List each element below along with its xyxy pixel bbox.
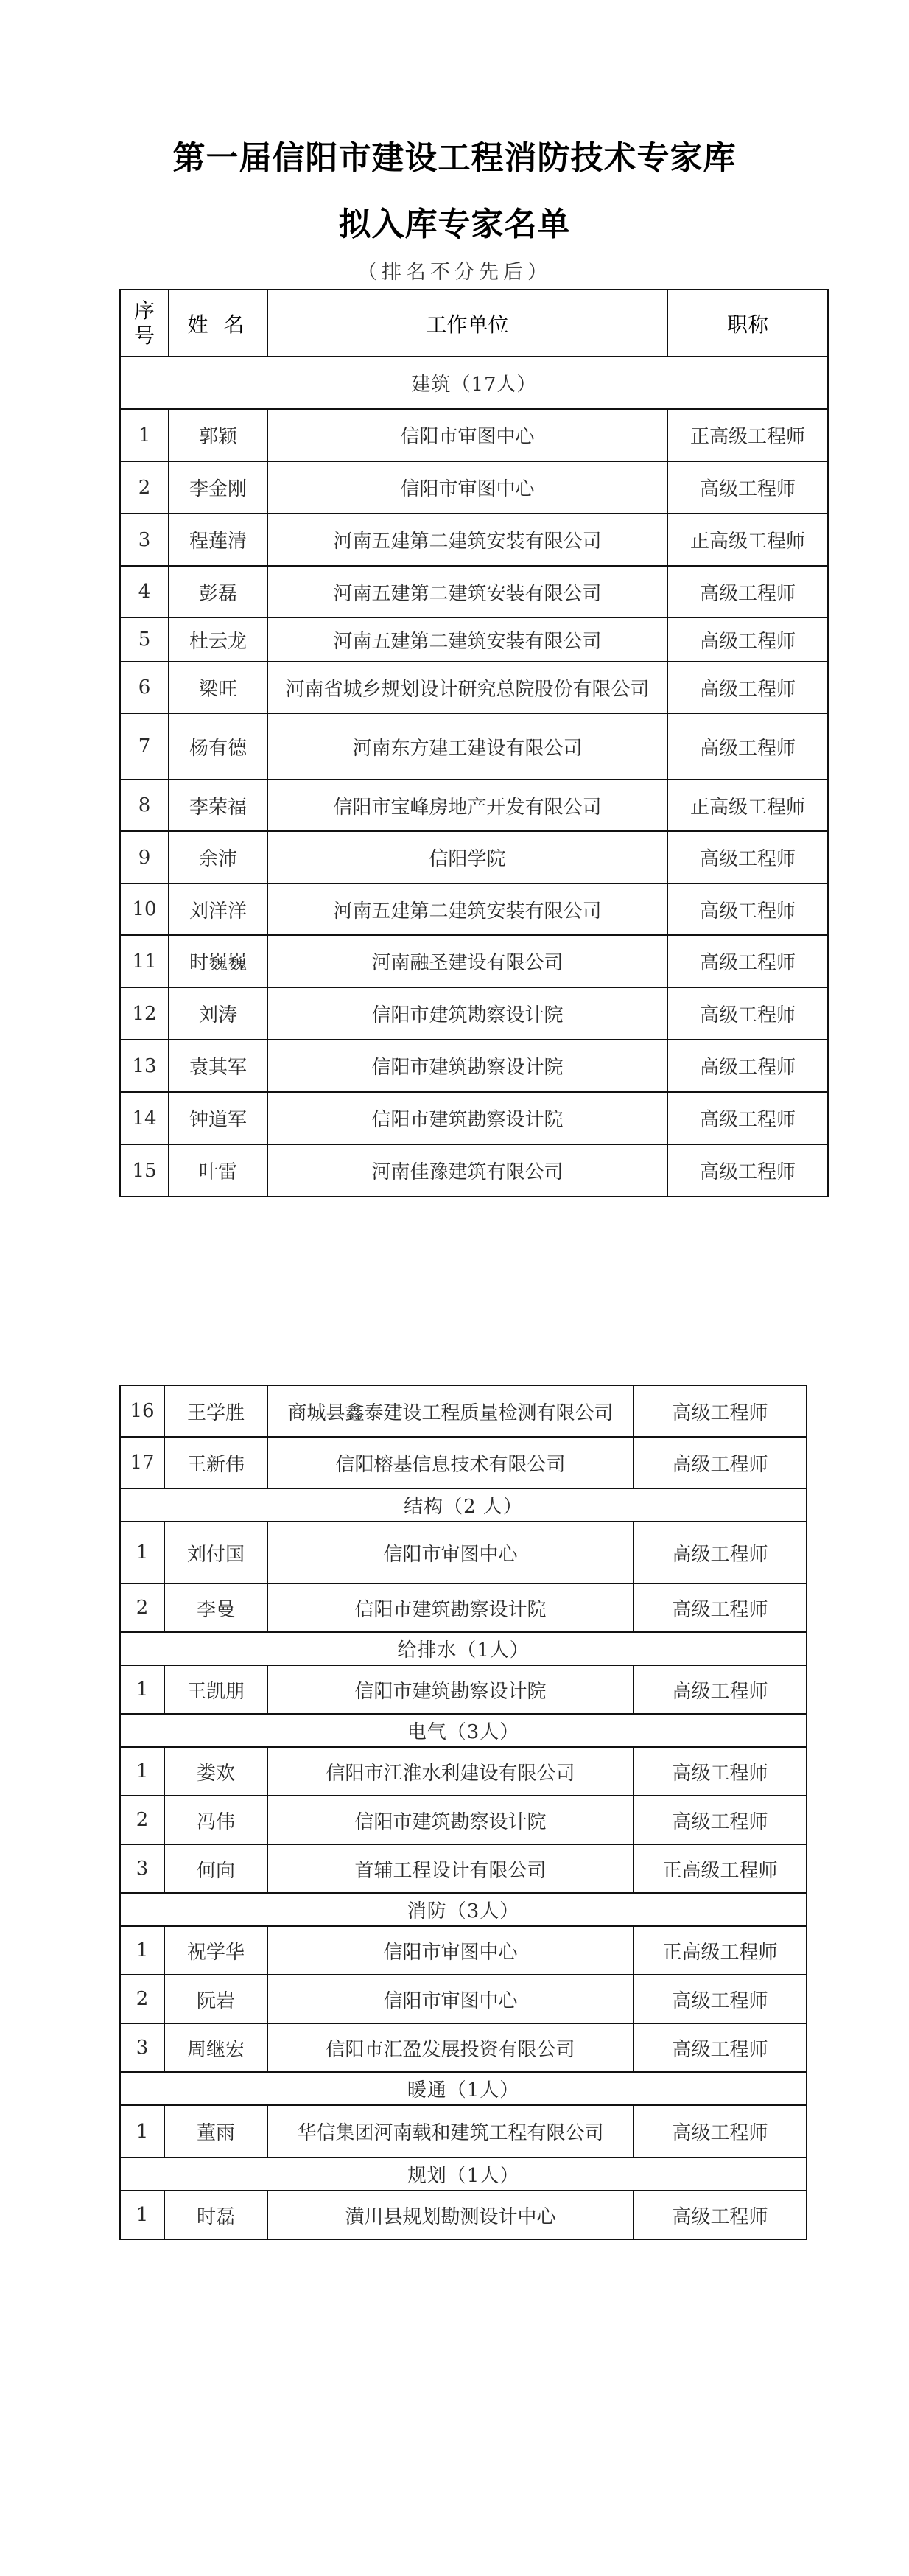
row-unit: 信阳市建筑勘察设计院 bbox=[267, 1092, 667, 1144]
row-title: 高级工程师 bbox=[634, 2191, 807, 2239]
row-title: 高级工程师 bbox=[634, 1747, 807, 1796]
table-row: 16王学胜商城县鑫泰建设工程质量检测有限公司高级工程师 bbox=[120, 1385, 807, 1437]
row-unit: 河南省城乡规划设计研究总院股份有限公司 bbox=[267, 662, 667, 713]
row-seq: 1 bbox=[120, 2105, 164, 2157]
row-title: 高级工程师 bbox=[667, 1144, 828, 1197]
row-unit: 信阳市审图中心 bbox=[267, 1926, 634, 1975]
category-label: 建筑（17人） bbox=[120, 357, 828, 409]
row-name: 王凯朋 bbox=[164, 1665, 267, 1714]
row-unit: 首辅工程设计有限公司 bbox=[267, 1844, 634, 1893]
row-seq: 14 bbox=[120, 1092, 169, 1144]
row-seq: 3 bbox=[120, 1844, 164, 1893]
row-unit: 河南五建第二建筑安装有限公司 bbox=[267, 514, 667, 566]
row-name: 王学胜 bbox=[164, 1385, 267, 1437]
row-unit: 信阳市建筑勘察设计院 bbox=[267, 1796, 634, 1844]
row-unit: 信阳市审图中心 bbox=[267, 461, 667, 514]
row-unit: 潢川县规划勘测设计中心 bbox=[267, 2191, 634, 2239]
table-row: 6梁旺河南省城乡规划设计研究总院股份有限公司高级工程师 bbox=[120, 662, 828, 713]
row-unit: 信阳市建筑勘察设计院 bbox=[267, 1583, 634, 1632]
row-name: 周继宏 bbox=[164, 2023, 267, 2072]
row-seq: 5 bbox=[120, 617, 169, 662]
table-row: 7杨有德河南东方建工建设有限公司高级工程师 bbox=[120, 713, 828, 780]
row-seq: 1 bbox=[120, 1522, 164, 1583]
table-row: 2李金刚信阳市审图中心高级工程师 bbox=[120, 461, 828, 514]
row-unit: 信阳市建筑勘察设计院 bbox=[267, 1665, 634, 1714]
row-title: 高级工程师 bbox=[667, 617, 828, 662]
row-name: 李金刚 bbox=[169, 461, 267, 514]
table-row: 11时巍巍河南融圣建设有限公司高级工程师 bbox=[120, 935, 828, 987]
category-label: 电气（3人） bbox=[120, 1714, 807, 1747]
row-name: 杨有德 bbox=[169, 713, 267, 780]
row-name: 董雨 bbox=[164, 2105, 267, 2157]
row-name: 李荣福 bbox=[169, 780, 267, 831]
row-seq: 10 bbox=[120, 883, 169, 935]
table-row: 1祝学华信阳市审图中心正高级工程师 bbox=[120, 1926, 807, 1975]
row-unit: 信阳市汇盈发展投资有限公司 bbox=[267, 2023, 634, 2072]
category-row-hvac: 暖通（1人） bbox=[120, 2072, 807, 2105]
row-seq: 2 bbox=[120, 1975, 164, 2023]
row-title: 高级工程师 bbox=[667, 987, 828, 1040]
row-unit: 信阳学院 bbox=[267, 831, 667, 883]
row-seq: 11 bbox=[120, 935, 169, 987]
row-seq: 1 bbox=[120, 1926, 164, 1975]
row-name: 时巍巍 bbox=[169, 935, 267, 987]
row-unit: 信阳市审图中心 bbox=[267, 1522, 634, 1583]
table-row: 1董雨华信集团河南载和建筑工程有限公司高级工程师 bbox=[120, 2105, 807, 2157]
table-row: 15叶雷河南佳豫建筑有限公司高级工程师 bbox=[120, 1144, 828, 1197]
row-seq: 1 bbox=[120, 409, 169, 461]
table-row: 9余沛信阳学院高级工程师 bbox=[120, 831, 828, 883]
category-label: 消防（3人） bbox=[120, 1893, 807, 1926]
row-unit: 信阳市审图中心 bbox=[267, 409, 667, 461]
row-title: 高级工程师 bbox=[667, 566, 828, 617]
row-name: 时磊 bbox=[164, 2191, 267, 2239]
row-name: 钟道军 bbox=[169, 1092, 267, 1144]
row-title: 高级工程师 bbox=[667, 713, 828, 780]
row-title: 高级工程师 bbox=[634, 1437, 807, 1488]
row-title: 高级工程师 bbox=[667, 461, 828, 514]
table-row: 3周继宏信阳市汇盈发展投资有限公司高级工程师 bbox=[120, 2023, 807, 2072]
row-unit: 河南五建第二建筑安装有限公司 bbox=[267, 617, 667, 662]
row-seq: 9 bbox=[120, 831, 169, 883]
table-row: 3何向首辅工程设计有限公司正高级工程师 bbox=[120, 1844, 807, 1893]
row-name: 冯伟 bbox=[164, 1796, 267, 1844]
category-label: 结构（2 人） bbox=[120, 1488, 807, 1522]
row-seq: 12 bbox=[120, 987, 169, 1040]
row-title: 高级工程师 bbox=[667, 883, 828, 935]
row-name: 彭磊 bbox=[169, 566, 267, 617]
row-seq: 17 bbox=[120, 1437, 164, 1488]
row-title: 高级工程师 bbox=[667, 1092, 828, 1144]
row-title: 正高级工程师 bbox=[634, 1926, 807, 1975]
row-title: 高级工程师 bbox=[667, 831, 828, 883]
row-unit: 河南佳豫建筑有限公司 bbox=[267, 1144, 667, 1197]
category-row-building: 建筑（17人） bbox=[120, 357, 828, 409]
header-name: 姓 名 bbox=[169, 290, 267, 357]
table-row: 2冯伟信阳市建筑勘察设计院高级工程师 bbox=[120, 1796, 807, 1844]
row-unit: 信阳市宝峰房地产开发有限公司 bbox=[267, 780, 667, 831]
table-row: 17王新伟信阳榕基信息技术有限公司高级工程师 bbox=[120, 1437, 807, 1488]
row-seq: 2 bbox=[120, 1583, 164, 1632]
row-title: 正高级工程师 bbox=[667, 514, 828, 566]
row-seq: 7 bbox=[120, 713, 169, 780]
row-title: 正高级工程师 bbox=[667, 780, 828, 831]
row-unit: 信阳市江淮水利建设有限公司 bbox=[267, 1747, 634, 1796]
document-title: 第一届信阳市建设工程消防技术专家库 bbox=[0, 131, 909, 178]
row-name: 余沛 bbox=[169, 831, 267, 883]
table-row: 10刘洋洋河南五建第二建筑安装有限公司高级工程师 bbox=[120, 883, 828, 935]
row-unit: 商城县鑫泰建设工程质量检测有限公司 bbox=[267, 1385, 634, 1437]
row-name: 刘付国 bbox=[164, 1522, 267, 1583]
row-seq: 16 bbox=[120, 1385, 164, 1437]
row-unit: 河南五建第二建筑安装有限公司 bbox=[267, 883, 667, 935]
row-seq: 6 bbox=[120, 662, 169, 713]
category-label: 给排水（1人） bbox=[120, 1632, 807, 1665]
row-seq: 3 bbox=[120, 2023, 164, 2072]
table-row: 2阮岩信阳市审图中心高级工程师 bbox=[120, 1975, 807, 2023]
row-unit: 华信集团河南载和建筑工程有限公司 bbox=[267, 2105, 634, 2157]
table-row: 1王凯朋信阳市建筑勘察设计院高级工程师 bbox=[120, 1665, 807, 1714]
table-row: 13袁其军信阳市建筑勘察设计院高级工程师 bbox=[120, 1040, 828, 1092]
row-seq: 2 bbox=[120, 461, 169, 514]
row-name: 娄欢 bbox=[164, 1747, 267, 1796]
row-title: 高级工程师 bbox=[667, 935, 828, 987]
row-name: 王新伟 bbox=[164, 1437, 267, 1488]
row-title: 高级工程师 bbox=[634, 1385, 807, 1437]
table-header-row: 序号 姓 名 工作单位 职称 bbox=[120, 290, 828, 357]
row-name: 李曼 bbox=[164, 1583, 267, 1632]
row-title: 高级工程师 bbox=[634, 1522, 807, 1583]
row-unit: 河南五建第二建筑安装有限公司 bbox=[267, 566, 667, 617]
category-label: 暖通（1人） bbox=[120, 2072, 807, 2105]
table-row: 1时磊潢川县规划勘测设计中心高级工程师 bbox=[120, 2191, 807, 2239]
header-seq: 序号 bbox=[120, 290, 169, 357]
table-row: 8李荣福信阳市宝峰房地产开发有限公司正高级工程师 bbox=[120, 780, 828, 831]
table-row: 3程莲清河南五建第二建筑安装有限公司正高级工程师 bbox=[120, 514, 828, 566]
row-name: 梁旺 bbox=[169, 662, 267, 713]
table-row: 1娄欢信阳市江淮水利建设有限公司高级工程师 bbox=[120, 1747, 807, 1796]
category-label: 规划（1人） bbox=[120, 2157, 807, 2191]
row-seq: 4 bbox=[120, 566, 169, 617]
row-title: 正高级工程师 bbox=[634, 1844, 807, 1893]
row-seq: 13 bbox=[120, 1040, 169, 1092]
row-name: 祝学华 bbox=[164, 1926, 267, 1975]
category-row-planning: 规划（1人） bbox=[120, 2157, 807, 2191]
ordering-note: （排名不分先后） bbox=[0, 256, 909, 284]
table-row: 5杜云龙河南五建第二建筑安装有限公司高级工程师 bbox=[120, 617, 828, 662]
row-seq: 1 bbox=[120, 1747, 164, 1796]
row-name: 袁其军 bbox=[169, 1040, 267, 1092]
row-seq: 1 bbox=[120, 1665, 164, 1714]
row-unit: 河南融圣建设有限公司 bbox=[267, 935, 667, 987]
category-row-plumbing: 给排水（1人） bbox=[120, 1632, 807, 1665]
category-row-fire: 消防（3人） bbox=[120, 1893, 807, 1926]
table-row: 14钟道军信阳市建筑勘察设计院高级工程师 bbox=[120, 1092, 828, 1144]
row-seq: 2 bbox=[120, 1796, 164, 1844]
row-title: 正高级工程师 bbox=[667, 409, 828, 461]
row-name: 何向 bbox=[164, 1844, 267, 1893]
expert-table-page1: 序号 姓 名 工作单位 职称 建筑（17人） 1郭颖信阳市审图中心正高级工程师2… bbox=[119, 289, 829, 1197]
row-unit: 信阳市建筑勘察设计院 bbox=[267, 987, 667, 1040]
header-unit: 工作单位 bbox=[267, 290, 667, 357]
row-seq: 1 bbox=[120, 2191, 164, 2239]
table-row: 4彭磊河南五建第二建筑安装有限公司高级工程师 bbox=[120, 566, 828, 617]
row-seq: 15 bbox=[120, 1144, 169, 1197]
row-unit: 信阳榕基信息技术有限公司 bbox=[267, 1437, 634, 1488]
category-row-electrical: 电气（3人） bbox=[120, 1714, 807, 1747]
row-title: 高级工程师 bbox=[634, 1665, 807, 1714]
table-row: 2李曼信阳市建筑勘察设计院高级工程师 bbox=[120, 1583, 807, 1632]
row-unit: 信阳市审图中心 bbox=[267, 1975, 634, 2023]
row-seq: 3 bbox=[120, 514, 169, 566]
row-title: 高级工程师 bbox=[634, 2105, 807, 2157]
row-title: 高级工程师 bbox=[667, 662, 828, 713]
table-row: 1郭颖信阳市审图中心正高级工程师 bbox=[120, 409, 828, 461]
row-name: 刘涛 bbox=[169, 987, 267, 1040]
row-name: 程莲清 bbox=[169, 514, 267, 566]
header-title: 职称 bbox=[667, 290, 828, 357]
row-name: 叶雷 bbox=[169, 1144, 267, 1197]
row-seq: 8 bbox=[120, 780, 169, 831]
row-unit: 河南东方建工建设有限公司 bbox=[267, 713, 667, 780]
expert-table-page2: 16王学胜商城县鑫泰建设工程质量检测有限公司高级工程师17王新伟信阳榕基信息技术… bbox=[119, 1385, 807, 2240]
row-unit: 信阳市建筑勘察设计院 bbox=[267, 1040, 667, 1092]
row-title: 高级工程师 bbox=[667, 1040, 828, 1092]
row-title: 高级工程师 bbox=[634, 1975, 807, 2023]
row-title: 高级工程师 bbox=[634, 1796, 807, 1844]
row-title: 高级工程师 bbox=[634, 1583, 807, 1632]
row-name: 刘洋洋 bbox=[169, 883, 267, 935]
row-name: 阮岩 bbox=[164, 1975, 267, 2023]
row-title: 高级工程师 bbox=[634, 2023, 807, 2072]
row-name: 郭颖 bbox=[169, 409, 267, 461]
document-subtitle-title: 拟入库专家名单 bbox=[0, 197, 909, 245]
row-name: 杜云龙 bbox=[169, 617, 267, 662]
table-row: 12刘涛信阳市建筑勘察设计院高级工程师 bbox=[120, 987, 828, 1040]
table-row: 1刘付国信阳市审图中心高级工程师 bbox=[120, 1522, 807, 1583]
category-row-structure: 结构（2 人） bbox=[120, 1488, 807, 1522]
